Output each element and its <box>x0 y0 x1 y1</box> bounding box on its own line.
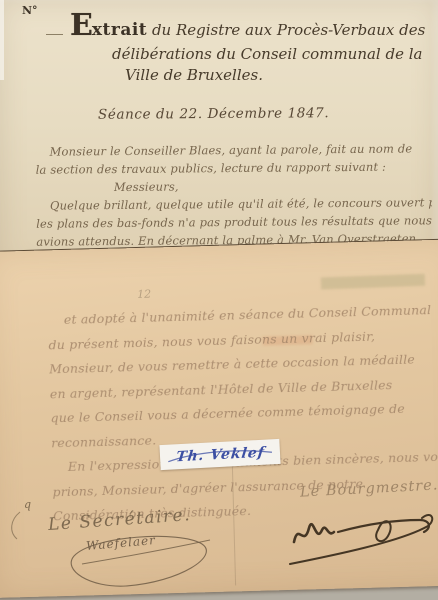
header-line-3: Ville de Bruxelles. <box>125 66 420 84</box>
header-line-2: délibérations du Conseil communal de la <box>112 45 420 63</box>
handwritten-line: la section des travaux publics, lecture … <box>36 157 432 178</box>
secretaire-signature-flourish <box>52 524 230 596</box>
scan-edge-highlight <box>0 0 4 80</box>
document-number-label: N° <box>22 4 38 17</box>
ornate-initial-letter: E <box>70 8 92 43</box>
bourgmestre-signature <box>282 500 438 572</box>
header-line-1-text: du Registre aux Procès-Verbaux des <box>152 21 425 39</box>
header-line-1: Extrait du Registre aux Procès-Verbaux d… <box>70 8 420 43</box>
margin-pen-stroke <box>4 508 28 544</box>
printed-header: Extrait du Registre aux Procès-Verbaux d… <box>70 8 420 84</box>
top-sheet: N° Extrait du Registre aux Procès-Verbau… <box>0 0 438 272</box>
faint-pencil-number: 12 <box>137 288 151 301</box>
faint-stamp <box>321 274 425 290</box>
session-date-line: Séance du 22. Décembre 1847. <box>98 105 329 123</box>
blue-ink-flourish <box>164 443 277 467</box>
blank-number-line <box>46 34 63 35</box>
scanned-document: N° Extrait du Registre aux Procès-Verbau… <box>0 0 438 600</box>
extrait-word: xtrait <box>92 20 147 40</box>
